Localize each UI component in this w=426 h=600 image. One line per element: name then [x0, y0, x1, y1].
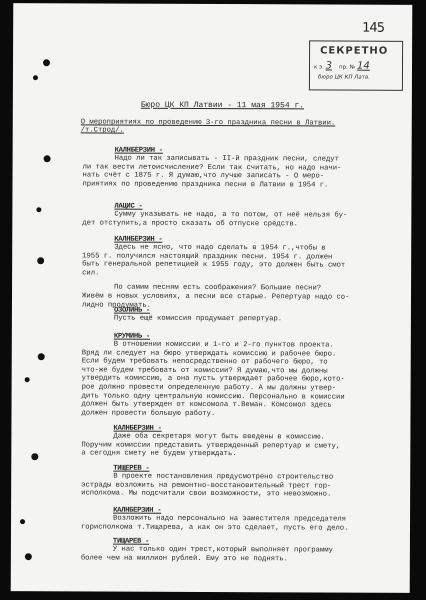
punch-hole	[38, 353, 45, 360]
speech-line: а сегодня смету не будем утверждать.	[81, 450, 236, 460]
punch-hole	[37, 257, 44, 264]
stamp-title: СЕКРЕТНО	[320, 45, 388, 56]
subject-line: /т.Строд/.	[81, 126, 124, 135]
punch-hole	[43, 59, 50, 66]
speech-line: сил.	[82, 269, 99, 278]
punch-hole	[44, 155, 51, 162]
stamp-protocol-number: 14	[357, 61, 370, 72]
speech-line: приятиях по проведению праздника песни в…	[82, 180, 328, 190]
speech-line: быть генеральной репетицией к 1955 году,…	[82, 261, 345, 271]
speech-line: дет отступить,а просто сказать об отпуск…	[82, 219, 298, 229]
speech-line: горисполкома т.Тищарева, а как он это сд…	[81, 523, 348, 533]
stamp-footer: бюро ЦК КП Латв.	[318, 74, 370, 80]
punch-hole	[25, 377, 30, 382]
stamp-copy-number: 3	[326, 60, 332, 71]
secret-stamp: СЕКРЕТНО к э. 3 пр. № 14 бюро ЦК КП Латв…	[309, 40, 403, 90]
document-page: 145 СЕКРЕТНО к э. 3 пр. № 14 бюро ЦК КП …	[11, 3, 413, 593]
speech-line: более чем на миллион рублей. Ему это не …	[81, 554, 288, 564]
entries	[13, 3, 412, 5]
stamp-protocol-label: пр. №	[339, 65, 355, 71]
punch-hole	[25, 553, 32, 560]
page-number: 145	[362, 21, 384, 36]
speech-line: должен провести большую работу.	[81, 409, 215, 419]
punch-hole	[33, 75, 38, 80]
punch-hole	[31, 453, 38, 460]
punch-hole	[36, 207, 41, 212]
stamp-row: к э. 3 пр. № 14	[314, 60, 400, 71]
speech-line: Пусть ещё комиссия продумает репертуар.	[114, 315, 282, 325]
stamp-copy-label: к э.	[314, 64, 324, 70]
punch-hole	[20, 519, 25, 524]
document-header: Бюро ЦК КП Латвии - 11 мая 1954 г.	[141, 101, 304, 111]
speech-line: исполкома. Мы подсчитали свои возможност…	[81, 490, 331, 500]
